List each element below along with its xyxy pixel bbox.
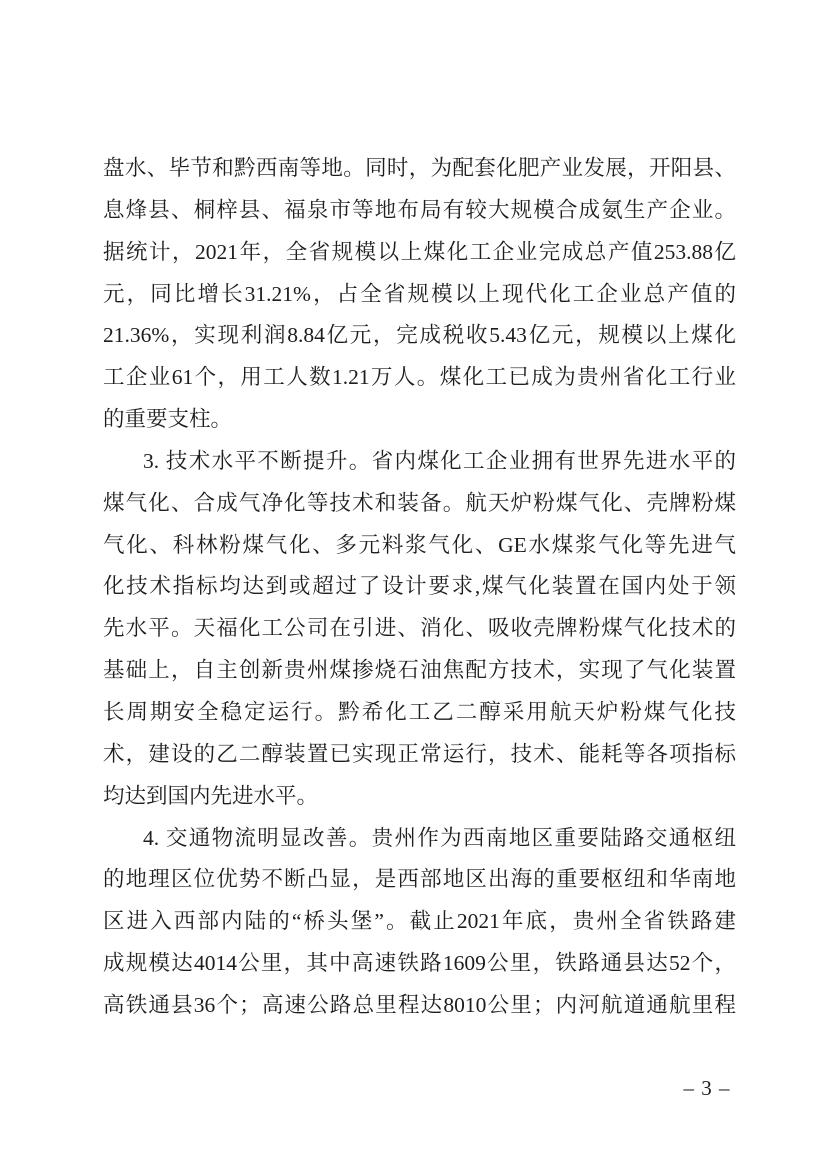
text-line: 术，建设的乙二醇装置已实现正常运行，技术、能耗等各项指标 (103, 734, 736, 776)
text-line: 盘水、毕节和黔西南等地。同时，为配套化肥产业发展，开阳县、 (103, 148, 736, 190)
text-line: 基础上，自主创新贵州煤掺烧石油焦配方技术，实现了气化装置 (103, 650, 736, 692)
text-line: 煤气化、合成气净化等技术和装备。航天炉粉煤气化、壳牌粉煤 (103, 483, 736, 525)
text-line: 息烽县、桐梓县、福泉市等地布局有较大规模合成氨生产企业。 (103, 190, 736, 232)
text-line: 先水平。天福化工公司在引进、消化、吸收壳牌粉煤气化技术的 (103, 608, 736, 650)
text-line: 21.36%，实现利润8.84亿元，完成税收5.43亿元，规模以上煤化 (103, 315, 736, 357)
text-line: 元，同比增长31.21%，占全省规模以上现代化工企业总产值的 (103, 274, 736, 316)
text-block: 盘水、毕节和黔西南等地。同时，为配套化肥产业发展，开阳县、息烽县、桐梓县、福泉市… (103, 148, 736, 1027)
text-line: 长周期安全稳定运行。黔希化工乙二醇采用航天炉粉煤气化技 (103, 692, 736, 734)
paragraph-transport-logistics-improvement: 4. 交通物流明显改善。贵州作为西南地区重要陆路交通枢纽的地理区位优势不断凸显，… (103, 818, 736, 1027)
text-line: 成规模达4014公里，其中高速铁路1609公里，铁路通县达52个， (103, 943, 736, 985)
text-line: 据统计，2021年，全省规模以上煤化工企业完成总产值253.88亿 (103, 232, 736, 274)
text-line: 工企业61个，用工人数1.21万人。煤化工已成为贵州省化工行业 (103, 357, 736, 399)
text-line: 4. 交通物流明显改善。贵州作为西南地区重要陆路交通枢纽 (103, 818, 736, 860)
paragraph-technology-level-improvement: 3. 技术水平不断提升。省内煤化工企业拥有世界先进水平的煤气化、合成气净化等技术… (103, 441, 736, 818)
text-line: 均达到国内先进水平。 (103, 776, 736, 818)
text-line: 气化、科林粉煤气化、多元料浆气化、GE水煤浆气化等先进气 (103, 525, 736, 567)
document-page: 盘水、毕节和黔西南等地。同时，为配套化肥产业发展，开阳县、息烽县、桐梓县、福泉市… (0, 0, 826, 1169)
text-line: 区进入西部内陆的“桥头堡”。截止2021年底，贵州全省铁路建 (103, 901, 736, 943)
page-number: – 3 – (672, 1076, 742, 1100)
text-line: 高铁通县36个；高速公路总里程达8010公里；内河航道通航里程 (103, 985, 736, 1027)
paragraph-coal-chemical-industry-scale: 盘水、毕节和黔西南等地。同时，为配套化肥产业发展，开阳县、息烽县、桐梓县、福泉市… (103, 148, 736, 441)
text-line: 的重要支柱。 (103, 399, 736, 441)
text-line: 的地理区位优势不断凸显，是西部地区出海的重要枢纽和华南地 (103, 859, 736, 901)
text-line: 化技术指标均达到或超过了设计要求,煤气化装置在国内处于领 (103, 566, 736, 608)
text-line: 3. 技术水平不断提升。省内煤化工企业拥有世界先进水平的 (103, 441, 736, 483)
